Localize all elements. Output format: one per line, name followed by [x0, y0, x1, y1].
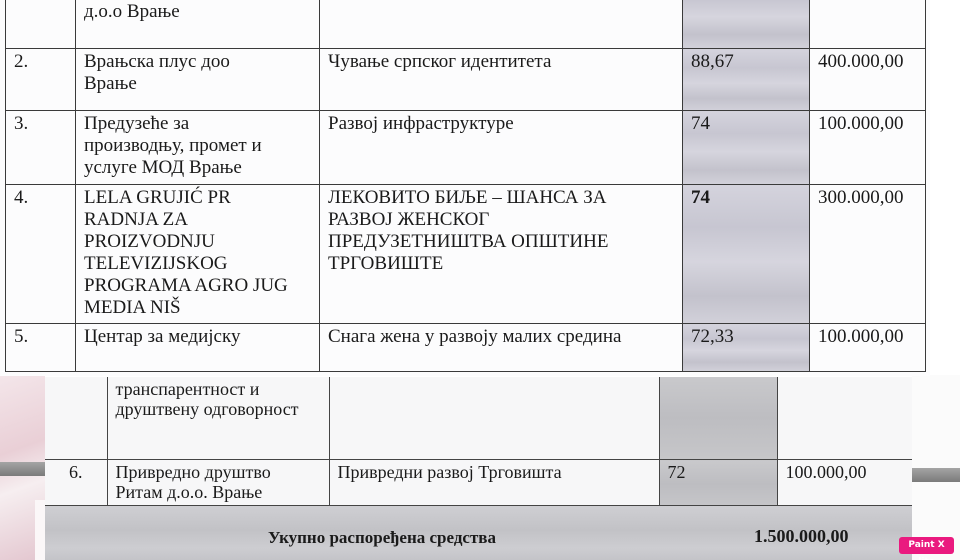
amount-cell: 300.000,00	[810, 0, 926, 49]
applicant-name: Центар за медијску	[76, 324, 320, 372]
project-title: Развој инфраструктуре	[320, 111, 683, 185]
table-row: 3. Предузеће за производњу, промет и усл…	[6, 111, 926, 185]
table-row: 6. Привредно друштво Ритам д.о.о. Врање …	[45, 460, 912, 507]
total-value: 1.500.000,00	[754, 526, 849, 547]
allocation-table-bottom: транспарентност и друштвену одговорност …	[45, 377, 912, 507]
score-cell: 88,67	[683, 49, 810, 111]
amount-cell: 100.000,00	[810, 324, 926, 372]
score-cell: 74	[683, 185, 810, 324]
row-number: 2.	[6, 49, 76, 111]
table-row: 4. LELA GRUJIĆ PR RADNJA ZA PROIZVODNJU …	[6, 185, 926, 324]
paint-x-lite-badge: Paint X lite	[899, 537, 954, 554]
project-title: Снага жена у развоју малих средина	[320, 324, 683, 372]
applicant-name: Привредно друштво Ритам д.о.о. Врање	[107, 460, 329, 507]
score-cell: 91,5	[683, 0, 810, 49]
scanned-page-top: 1. Радио телевизија Врање д.о.о Врање Кр…	[0, 0, 930, 376]
project-title: Привредни развој Трговишта	[329, 460, 659, 507]
amount-cell: 100.000,00	[777, 460, 912, 507]
amount-cell: 300.000,00	[810, 185, 926, 324]
project-title: Крет на камену	[320, 0, 683, 49]
project-title: Чување српског идентитета	[320, 49, 683, 111]
table-row: 5. Центар за медијску Снага жена у разво…	[6, 324, 926, 372]
row-number: 5.	[6, 324, 76, 372]
background-left-sheet	[35, 500, 45, 560]
table-row: 1. Радио телевизија Врање д.о.о Врање Кр…	[6, 0, 926, 49]
project-title: ЛЕКОВИТО БИЉЕ – ШАНСА ЗА РАЗВОЈ ЖЕНСКОГ …	[320, 185, 683, 324]
amount-cell: 100.000,00	[810, 111, 926, 185]
applicant-name: LELA GRUJIĆ PR RADNJA ZA PROIZVODNJU TEL…	[76, 185, 320, 324]
total-row: Укупно распоређена средства 1.500.000,00	[45, 505, 912, 560]
score-cell: 72,33	[683, 324, 810, 372]
amount-cell	[777, 377, 912, 460]
applicant-name-continued: транспарентност и друштвену одговорност	[107, 377, 329, 460]
score-cell	[659, 377, 777, 460]
row-number: 6.	[45, 460, 107, 507]
applicant-name: Врањска плус доо Врање	[76, 49, 320, 111]
table-row-continuation: транспарентност и друштвену одговорност	[45, 377, 912, 460]
separator-bar-right	[912, 468, 960, 482]
amount-cell: 400.000,00	[810, 49, 926, 111]
row-number: 1.	[6, 0, 76, 49]
row-number	[45, 377, 107, 460]
separator-bar-left	[0, 462, 45, 476]
applicant-name: Радио телевизија Врање д.о.о Врање	[76, 0, 320, 49]
allocation-table-top: 1. Радио телевизија Врање д.о.о Врање Кр…	[5, 0, 926, 372]
project-title	[329, 377, 659, 460]
row-number: 3.	[6, 111, 76, 185]
score-cell: 74	[683, 111, 810, 185]
total-label: Укупно распоређена средства	[268, 528, 496, 548]
scanned-page-bottom: транспарентност и друштвену одговорност …	[45, 377, 912, 560]
table-row: 2. Врањска плус доо Врање Чување српског…	[6, 49, 926, 111]
applicant-name: Предузеће за производњу, промет и услуге…	[76, 111, 320, 185]
score-cell: 72	[659, 460, 777, 507]
row-number: 4.	[6, 185, 76, 324]
